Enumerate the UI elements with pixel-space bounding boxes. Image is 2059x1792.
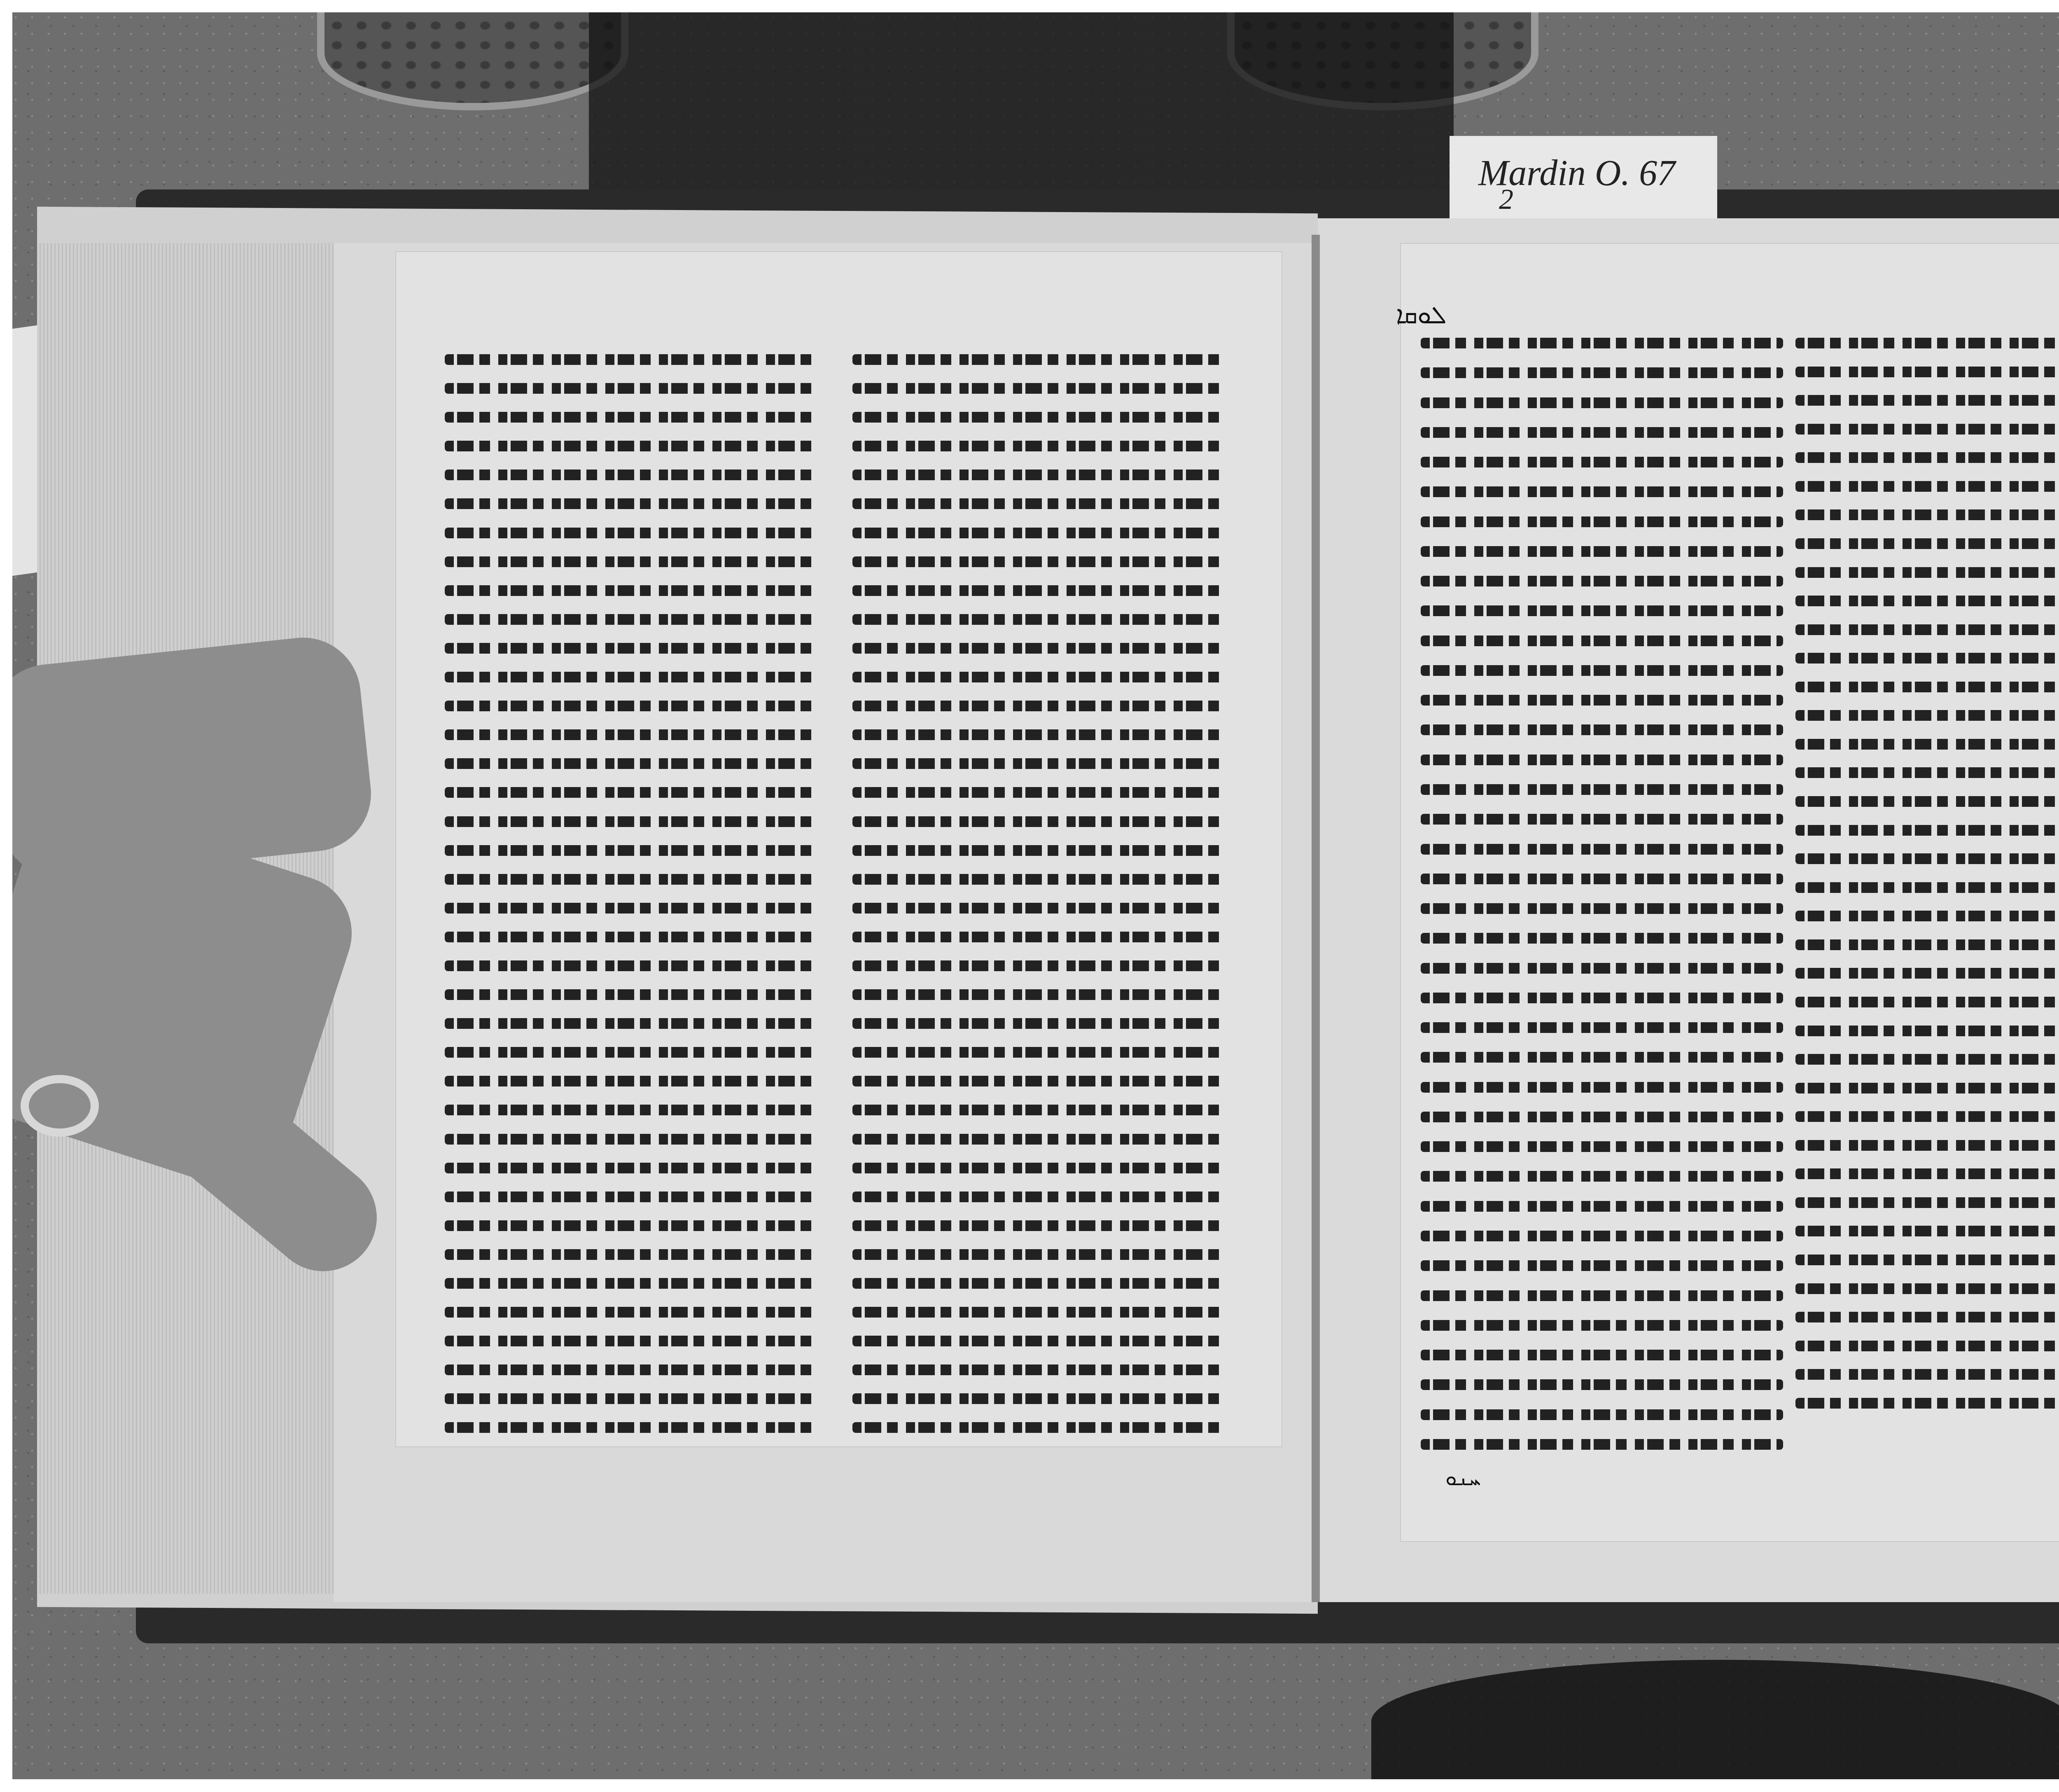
right-page-column-b [1795, 338, 2059, 1409]
left-page-column-a [445, 354, 815, 1433]
manuscript-photograph: ܠܘܩܐ ܚܢܘ Mardin O. 67 2 [12, 12, 2059, 1779]
shadow [589, 12, 1454, 194]
ring [21, 1075, 99, 1137]
shoe-left [317, 12, 628, 110]
book-gutter [1312, 235, 1320, 1602]
catalog-label-card: Mardin O. 67 2 [1450, 136, 1717, 218]
right-page-footer-catchword: ܚܢܘ [1445, 1466, 1481, 1491]
foreground-shadow [1371, 1660, 2059, 1779]
right-page-header-mark: ܠܘܩܐ [1396, 301, 1447, 329]
label-number: 2 [1499, 183, 1513, 216]
left-page-column-b [852, 354, 1223, 1433]
right-page-column-a [1421, 338, 1783, 1450]
